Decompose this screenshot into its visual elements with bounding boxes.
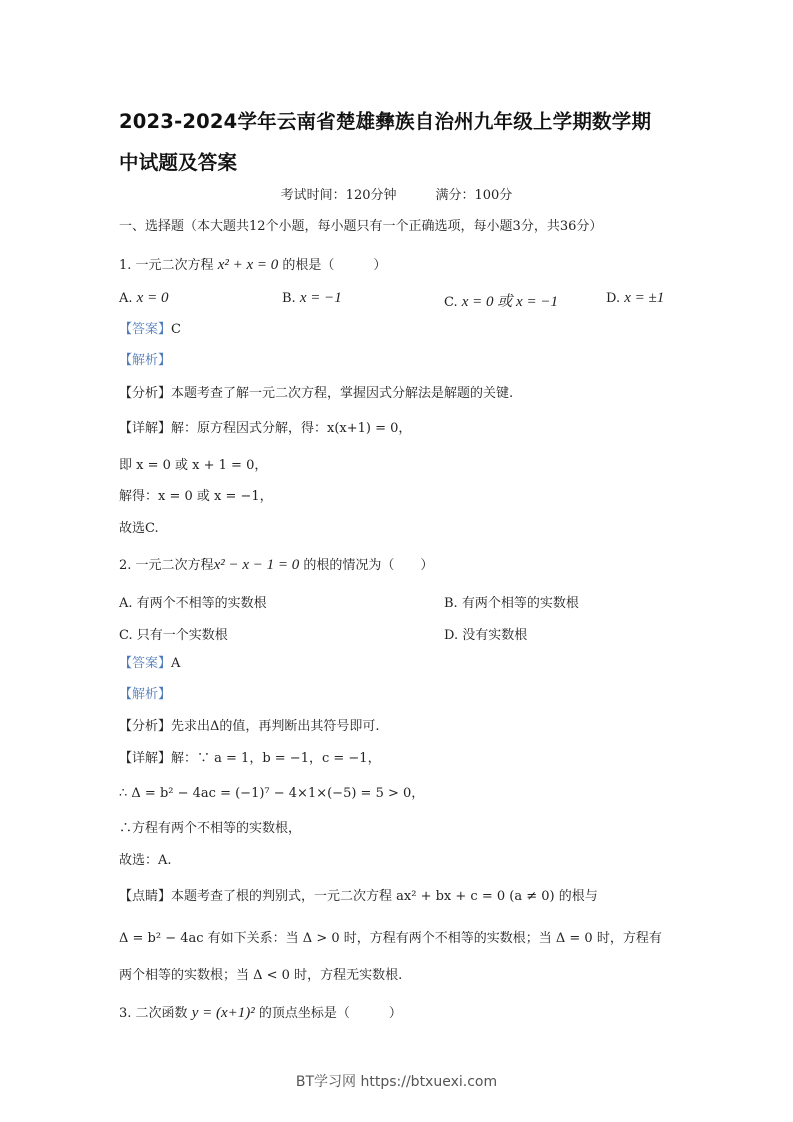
option-label: D. [444, 628, 458, 643]
option-text: 只有一个实数根 [137, 628, 228, 643]
stem-prefix: 一元二次方程 [136, 258, 214, 273]
question-1-option-b: B. x = −1 [282, 290, 342, 307]
option-label: A. [119, 596, 133, 611]
exam-info: 考试时间：120分钟 满分：100分 [0, 187, 793, 205]
question-number: 3. [119, 1006, 131, 1021]
question-1-stem: 1. 一元二次方程 x² + x = 0 的根是（ ） [119, 256, 386, 275]
question-number: 2. [119, 558, 131, 573]
stem-suffix: 的顶点坐标是（ ） [259, 1006, 402, 1021]
option-label: B. [444, 596, 458, 611]
option-text: x = −1 [300, 290, 342, 306]
question-1-answer: 【答案】C [119, 321, 181, 339]
document-title-line-2: 中试题及答案 [119, 147, 689, 175]
question-2-step-1: ∴ Δ = b² − 4ac = (−1)⁷ − 4×1×(−5) = 5 > … [119, 785, 424, 803]
question-2-option-c: C. 只有一个实数根 [119, 624, 228, 643]
fenxi-tag: 【分析】 [119, 719, 171, 734]
question-2-dianjing-line-1: 【点睛】本题考查了根的判别式，一元二次方程 ax² + bx + c = 0 (… [119, 888, 598, 906]
option-label: D. [606, 291, 620, 306]
document-title-line-1: 2023-2024学年云南省楚雄彝族自治州九年级上学期数学期 [119, 106, 689, 134]
stem-equation: x² + x = 0 [218, 257, 279, 273]
question-1-option-a: A. x = 0 [119, 290, 168, 307]
question-1-step-3: 故选C. [119, 520, 159, 538]
question-2-option-a: A. 有两个不相等的实数根 [119, 592, 267, 611]
question-1-analysis-tag: 【解析】 [119, 352, 171, 370]
question-1-step-2: 解得：x = 0 或 x = −1， [119, 488, 273, 506]
option-text: 有两个相等的实数根 [462, 596, 579, 611]
stem-suffix: 的根是（ ） [282, 258, 386, 273]
answer-value: A [171, 656, 180, 671]
question-1-fenxi: 【分析】本题考查了解一元二次方程，掌握因式分解法是解题的关键. [119, 385, 513, 403]
question-2-option-d: D. 没有实数根 [444, 624, 527, 643]
question-2-analysis-tag: 【解析】 [119, 686, 171, 704]
option-text: x = ±1 [624, 290, 664, 306]
answer-tag: 【答案】 [119, 322, 171, 337]
fenxi-text: 本题考查了解一元二次方程，掌握因式分解法是解题的关键. [171, 386, 513, 401]
fenxi-text: 先求出Δ的值，再判断出其符号即可. [171, 719, 380, 734]
exam-page: 2023-2024学年云南省楚雄彝族自治州九年级上学期数学期 中试题及答案 考试… [0, 0, 793, 1122]
option-label: C. [119, 628, 133, 643]
stem-prefix: 一元二次方程 [136, 558, 214, 573]
dianjing-text: 本题考查了根的判别式，一元二次方程 ax² + bx + c = 0 (a ≠ … [171, 889, 598, 904]
stem-suffix: 的根的情况为（ ） [303, 558, 433, 573]
question-1-option-c: C. x = 0 或 x = −1 [444, 290, 558, 311]
xiangjie-tag: 【详解】 [119, 421, 171, 436]
option-label: A. [119, 291, 133, 306]
xiangjie-text: 解：∵ a = 1，b = −1，c = −1， [171, 751, 381, 766]
answer-value: C [171, 322, 181, 337]
question-2-stem: 2. 一元二次方程x² − x − 1 = 0 的根的情况为（ ） [119, 556, 433, 575]
answer-tag: 【答案】 [119, 656, 171, 671]
question-1-option-d: D. x = ±1 [606, 290, 664, 307]
question-number: 1. [119, 258, 131, 273]
question-2-step-3: 故选：A. [119, 852, 172, 870]
question-1-xiangjie: 【详解】解：原方程因式分解，得：x(x+1) = 0， [119, 420, 411, 438]
dianjing-tag: 【点睛】 [119, 889, 171, 904]
stem-equation: x² − x − 1 = 0 [214, 557, 300, 573]
xiangjie-tag: 【详解】 [119, 751, 171, 766]
question-2-dianjing-line-2: Δ = b² − 4ac 有如下关系：当 Δ > 0 时，方程有两个不相等的实数… [119, 930, 662, 948]
fenxi-tag: 【分析】 [119, 386, 171, 401]
option-text: x = 0 或 x = −1 [462, 294, 558, 310]
option-text: x = 0 [137, 290, 169, 306]
option-label: B. [282, 291, 296, 306]
option-label: C. [444, 295, 458, 310]
question-3-stem: 3. 二次函数 y = (x+1)² 的顶点坐标是（ ） [119, 1004, 402, 1023]
question-2-fenxi: 【分析】先求出Δ的值，再判断出其符号即可. [119, 718, 380, 736]
xiangjie-text: 解：原方程因式分解，得：x(x+1) = 0， [171, 421, 411, 436]
stem-prefix: 二次函数 [136, 1006, 188, 1021]
question-2-answer: 【答案】A [119, 655, 180, 673]
question-2-step-2: ∴方程有两个不相等的实数根， [119, 820, 301, 838]
option-text: 有两个不相等的实数根 [137, 596, 267, 611]
question-2-option-b: B. 有两个相等的实数根 [444, 592, 579, 611]
question-1-step-1: 即 x = 0 或 x + 1 = 0， [119, 457, 267, 475]
question-2-xiangjie: 【详解】解：∵ a = 1，b = −1，c = −1， [119, 750, 381, 768]
footer-watermark: BT学习网 https://btxuexi.com [0, 1071, 793, 1091]
question-2-dianjing-line-3: 两个相等的实数根；当 Δ < 0 时，方程无实数根. [119, 967, 402, 985]
section-heading: 一、选择题（本大题共12个小题，每小题只有一个正确选项，每小题3分，共36分） [119, 218, 602, 236]
stem-equation: y = (x+1)² [192, 1005, 255, 1021]
option-text: 没有实数根 [462, 628, 527, 643]
